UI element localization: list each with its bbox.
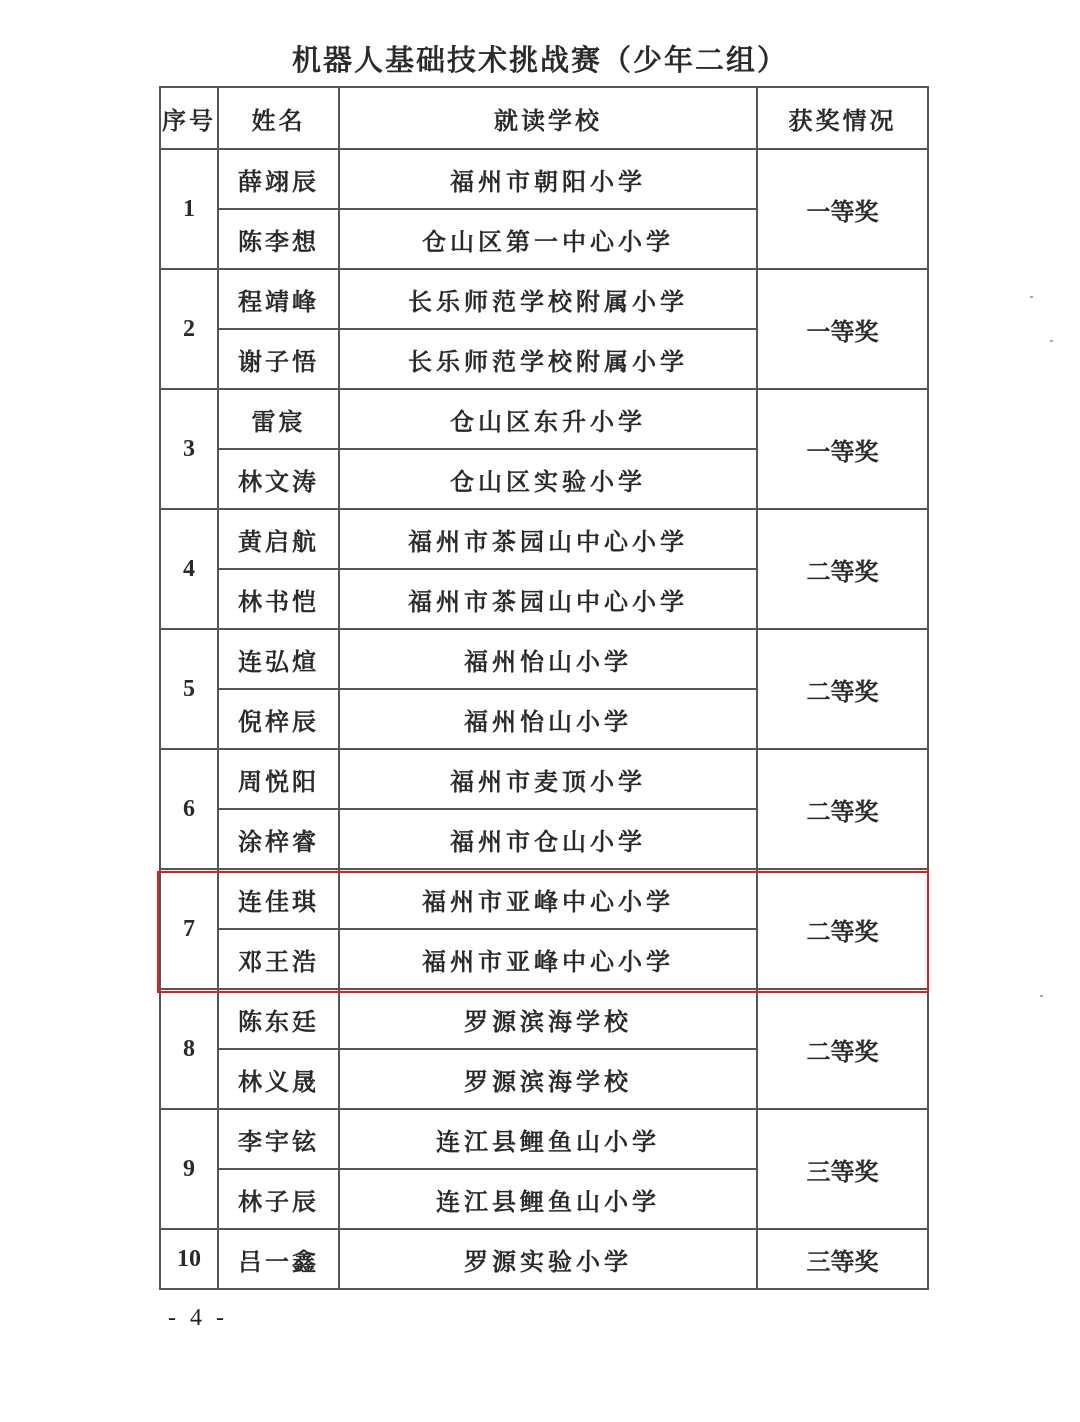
header-index: 序号 (160, 87, 218, 149)
award-level: 二等奖 (757, 629, 928, 749)
student-school: 福州市朝阳小学 (339, 149, 757, 209)
student-school: 仓山区实验小学 (339, 449, 757, 509)
row-index: 8 (160, 989, 218, 1109)
student-name: 涂梓睿 (218, 809, 339, 869)
award-level: 一等奖 (757, 389, 928, 509)
table-row: 5 连弘煊 福州怡山小学 二等奖 (160, 629, 928, 689)
student-school: 仓山区东升小学 (339, 389, 757, 449)
header-name: 姓名 (218, 87, 339, 149)
table-row: 10 吕一鑫 罗源实验小学 三等奖 (160, 1229, 928, 1289)
page-number: - 4 - (168, 1305, 228, 1332)
award-level: 三等奖 (757, 1109, 928, 1229)
student-name: 黄启航 (218, 509, 339, 569)
table-row: 3 雷宸 仓山区东升小学 一等奖 (160, 389, 928, 449)
student-name: 周悦阳 (218, 749, 339, 809)
student-name: 薛翊辰 (218, 149, 339, 209)
student-name: 谢子悟 (218, 329, 339, 389)
row-index: 9 (160, 1109, 218, 1229)
award-level: 一等奖 (757, 149, 928, 269)
student-school: 福州市亚峰中心小学 (339, 929, 757, 989)
award-level: 二等奖 (757, 989, 928, 1109)
header-award: 获奖情况 (757, 87, 928, 149)
table-row: 9 李宇铉 连江县鲤鱼山小学 三等奖 (160, 1109, 928, 1169)
row-index: 2 (160, 269, 218, 389)
award-level: 二等奖 (757, 749, 928, 869)
student-school: 福州市茶园山中心小学 (339, 509, 757, 569)
student-name: 林义晟 (218, 1049, 339, 1109)
student-school: 罗源实验小学 (339, 1229, 757, 1289)
scan-speck (1050, 340, 1053, 342)
awards-table: 序号 姓名 就读学校 获奖情况 1 薛翊辰 福州市朝阳小学 一等奖 陈李想 仓山… (159, 86, 929, 1290)
row-index: 4 (160, 509, 218, 629)
table-row: 4 黄启航 福州市茶园山中心小学 二等奖 (160, 509, 928, 569)
row-index: 3 (160, 389, 218, 509)
row-index: 6 (160, 749, 218, 869)
student-school: 长乐师范学校附属小学 (339, 269, 757, 329)
row-index: 10 (160, 1229, 218, 1289)
scan-speck (1030, 296, 1033, 298)
header-school: 就读学校 (339, 87, 757, 149)
student-name: 连弘煊 (218, 629, 339, 689)
student-school: 仓山区第一中心小学 (339, 209, 757, 269)
row-index: 1 (160, 149, 218, 269)
student-school: 福州市仓山小学 (339, 809, 757, 869)
student-name: 林书恺 (218, 569, 339, 629)
student-name: 雷宸 (218, 389, 339, 449)
table-header-row: 序号 姓名 就读学校 获奖情况 (160, 87, 928, 149)
student-school: 福州怡山小学 (339, 689, 757, 749)
row-index: 5 (160, 629, 218, 749)
student-name: 邓王浩 (218, 929, 339, 989)
student-name: 连佳琪 (218, 869, 339, 929)
student-school: 罗源滨海学校 (339, 1049, 757, 1109)
student-name: 林文涛 (218, 449, 339, 509)
award-level: 二等奖 (757, 869, 928, 989)
award-level: 三等奖 (757, 1229, 928, 1289)
award-level: 一等奖 (757, 269, 928, 389)
student-school: 连江县鲤鱼山小学 (339, 1109, 757, 1169)
student-school: 罗源滨海学校 (339, 989, 757, 1049)
award-level: 二等奖 (757, 509, 928, 629)
student-name: 程靖峰 (218, 269, 339, 329)
table-row: 2 程靖峰 长乐师范学校附属小学 一等奖 (160, 269, 928, 329)
table-row-highlighted: 7 连佳琪 福州市亚峰中心小学 二等奖 (160, 869, 928, 929)
student-school: 福州市麦顶小学 (339, 749, 757, 809)
student-school: 福州市亚峰中心小学 (339, 869, 757, 929)
table-row: 8 陈东廷 罗源滨海学校 二等奖 (160, 989, 928, 1049)
table-row: 1 薛翊辰 福州市朝阳小学 一等奖 (160, 149, 928, 209)
document-title: 机器人基础技术挑战赛（少年二组） (0, 38, 1080, 79)
student-name: 林子辰 (218, 1169, 339, 1229)
student-name: 吕一鑫 (218, 1229, 339, 1289)
table-row: 6 周悦阳 福州市麦顶小学 二等奖 (160, 749, 928, 809)
student-school: 长乐师范学校附属小学 (339, 329, 757, 389)
scan-speck (1040, 995, 1043, 997)
student-school: 福州市茶园山中心小学 (339, 569, 757, 629)
student-school: 福州怡山小学 (339, 629, 757, 689)
student-name: 倪梓辰 (218, 689, 339, 749)
row-index: 7 (160, 869, 218, 989)
student-school: 连江县鲤鱼山小学 (339, 1169, 757, 1229)
student-name: 陈李想 (218, 209, 339, 269)
student-name: 李宇铉 (218, 1109, 339, 1169)
student-name: 陈东廷 (218, 989, 339, 1049)
